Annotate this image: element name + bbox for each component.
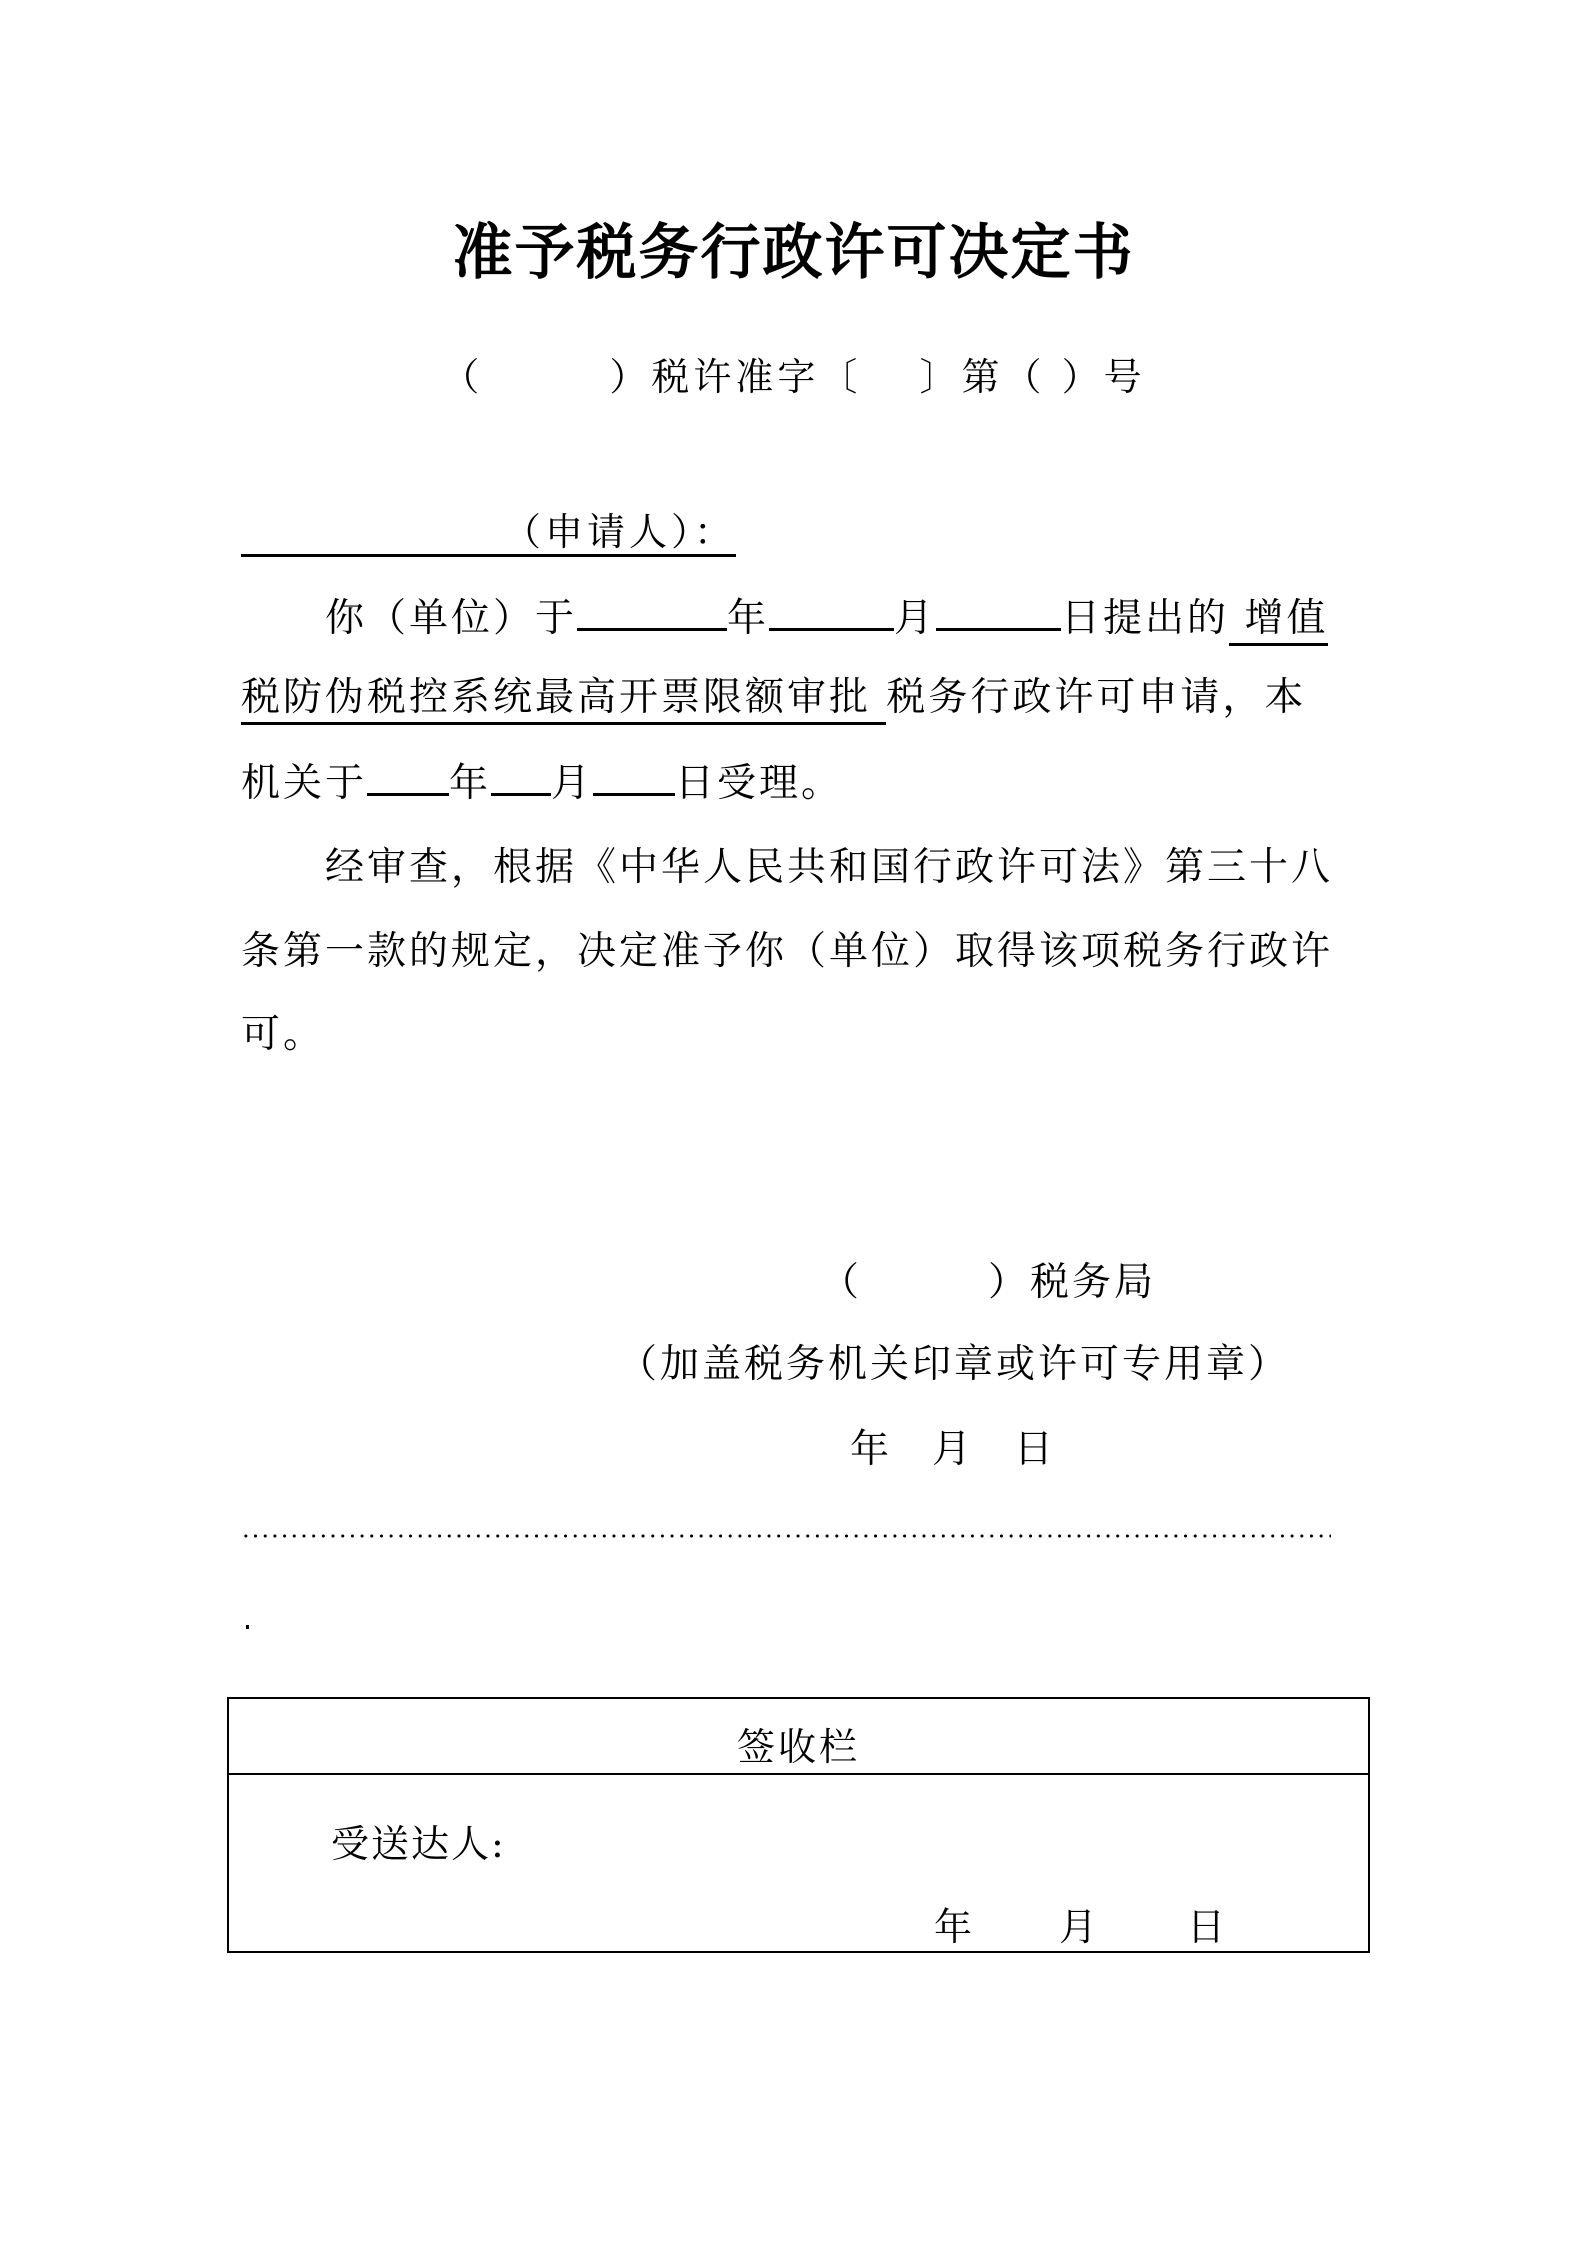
- document-number: （ ）税许准字〔 〕第（ ）号: [0, 352, 1587, 402]
- label-month-2: 月: [551, 761, 593, 806]
- blank-submit-day[interactable]: [936, 590, 1061, 631]
- recipient-label: 受送达人:: [331, 1819, 506, 1869]
- sig-month: 月: [932, 1427, 974, 1472]
- sig-day: 日: [1014, 1427, 1056, 1472]
- blank-accept-month[interactable]: [491, 755, 551, 796]
- text-suffix: 税务行政许可申请，本: [886, 675, 1306, 720]
- permit-item-underlined-1: 增值: [1229, 596, 1328, 646]
- blank-submit-month[interactable]: [769, 590, 894, 631]
- tax-bureau-name: （ ）税务局: [820, 1258, 1156, 1308]
- cut-line-divider: [241, 1533, 1331, 1539]
- label-year: 年: [727, 596, 769, 641]
- paragraph-1-line-1: 你（单位）于年月日提出的 增值: [325, 590, 1328, 644]
- blank-submit-year[interactable]: [577, 590, 727, 631]
- label-day-accepted: 日受理。: [675, 761, 843, 806]
- paragraph-1-line-3: 机关于年月日受理。: [241, 755, 843, 809]
- document-title: 准予税务行政许可决定书: [0, 218, 1587, 288]
- sig-year: 年: [850, 1427, 892, 1472]
- paragraph-2-line-2: 条第一款的规定，决定准予你（单位）取得该项税务行政许: [241, 927, 1333, 977]
- receipt-day: 日: [1187, 1902, 1225, 1952]
- paragraph-2-line-3: 可。: [241, 1010, 325, 1060]
- applicant-label: （申请人）：: [503, 510, 736, 554]
- permit-item-underlined-2: 税防伪税控系统最高开票限额审批: [241, 675, 886, 725]
- label-day-submitted: 日提出的: [1061, 596, 1229, 641]
- signature-date: 年月日: [850, 1425, 1056, 1475]
- receipt-header: 签收栏: [229, 1699, 1368, 1775]
- paragraph-2-line-1: 经审查，根据《中华人民共和国行政许可法》第三十八: [325, 843, 1333, 893]
- receipt-year: 年: [934, 1902, 972, 1952]
- paragraph-1-line-2: 税防伪税控系统最高开票限额审批 税务行政许可申请，本: [241, 673, 1306, 723]
- label-month: 月: [894, 596, 936, 641]
- label-year-2: 年: [449, 761, 491, 806]
- receipt-month: 月: [1059, 1902, 1097, 1952]
- applicant-field[interactable]: （申请人）：: [241, 510, 736, 557]
- receipt-section: 签收栏 受送达人: 年 月 日: [227, 1697, 1370, 1953]
- cut-line-dot: [246, 1625, 249, 1629]
- seal-note: （加盖税务机关印章或许可专用章）: [618, 1340, 1290, 1390]
- blank-accept-year[interactable]: [367, 755, 449, 796]
- blank-accept-day[interactable]: [593, 755, 675, 796]
- text-prefix: 你（单位）于: [325, 596, 577, 641]
- text-agency: 机关于: [241, 761, 367, 806]
